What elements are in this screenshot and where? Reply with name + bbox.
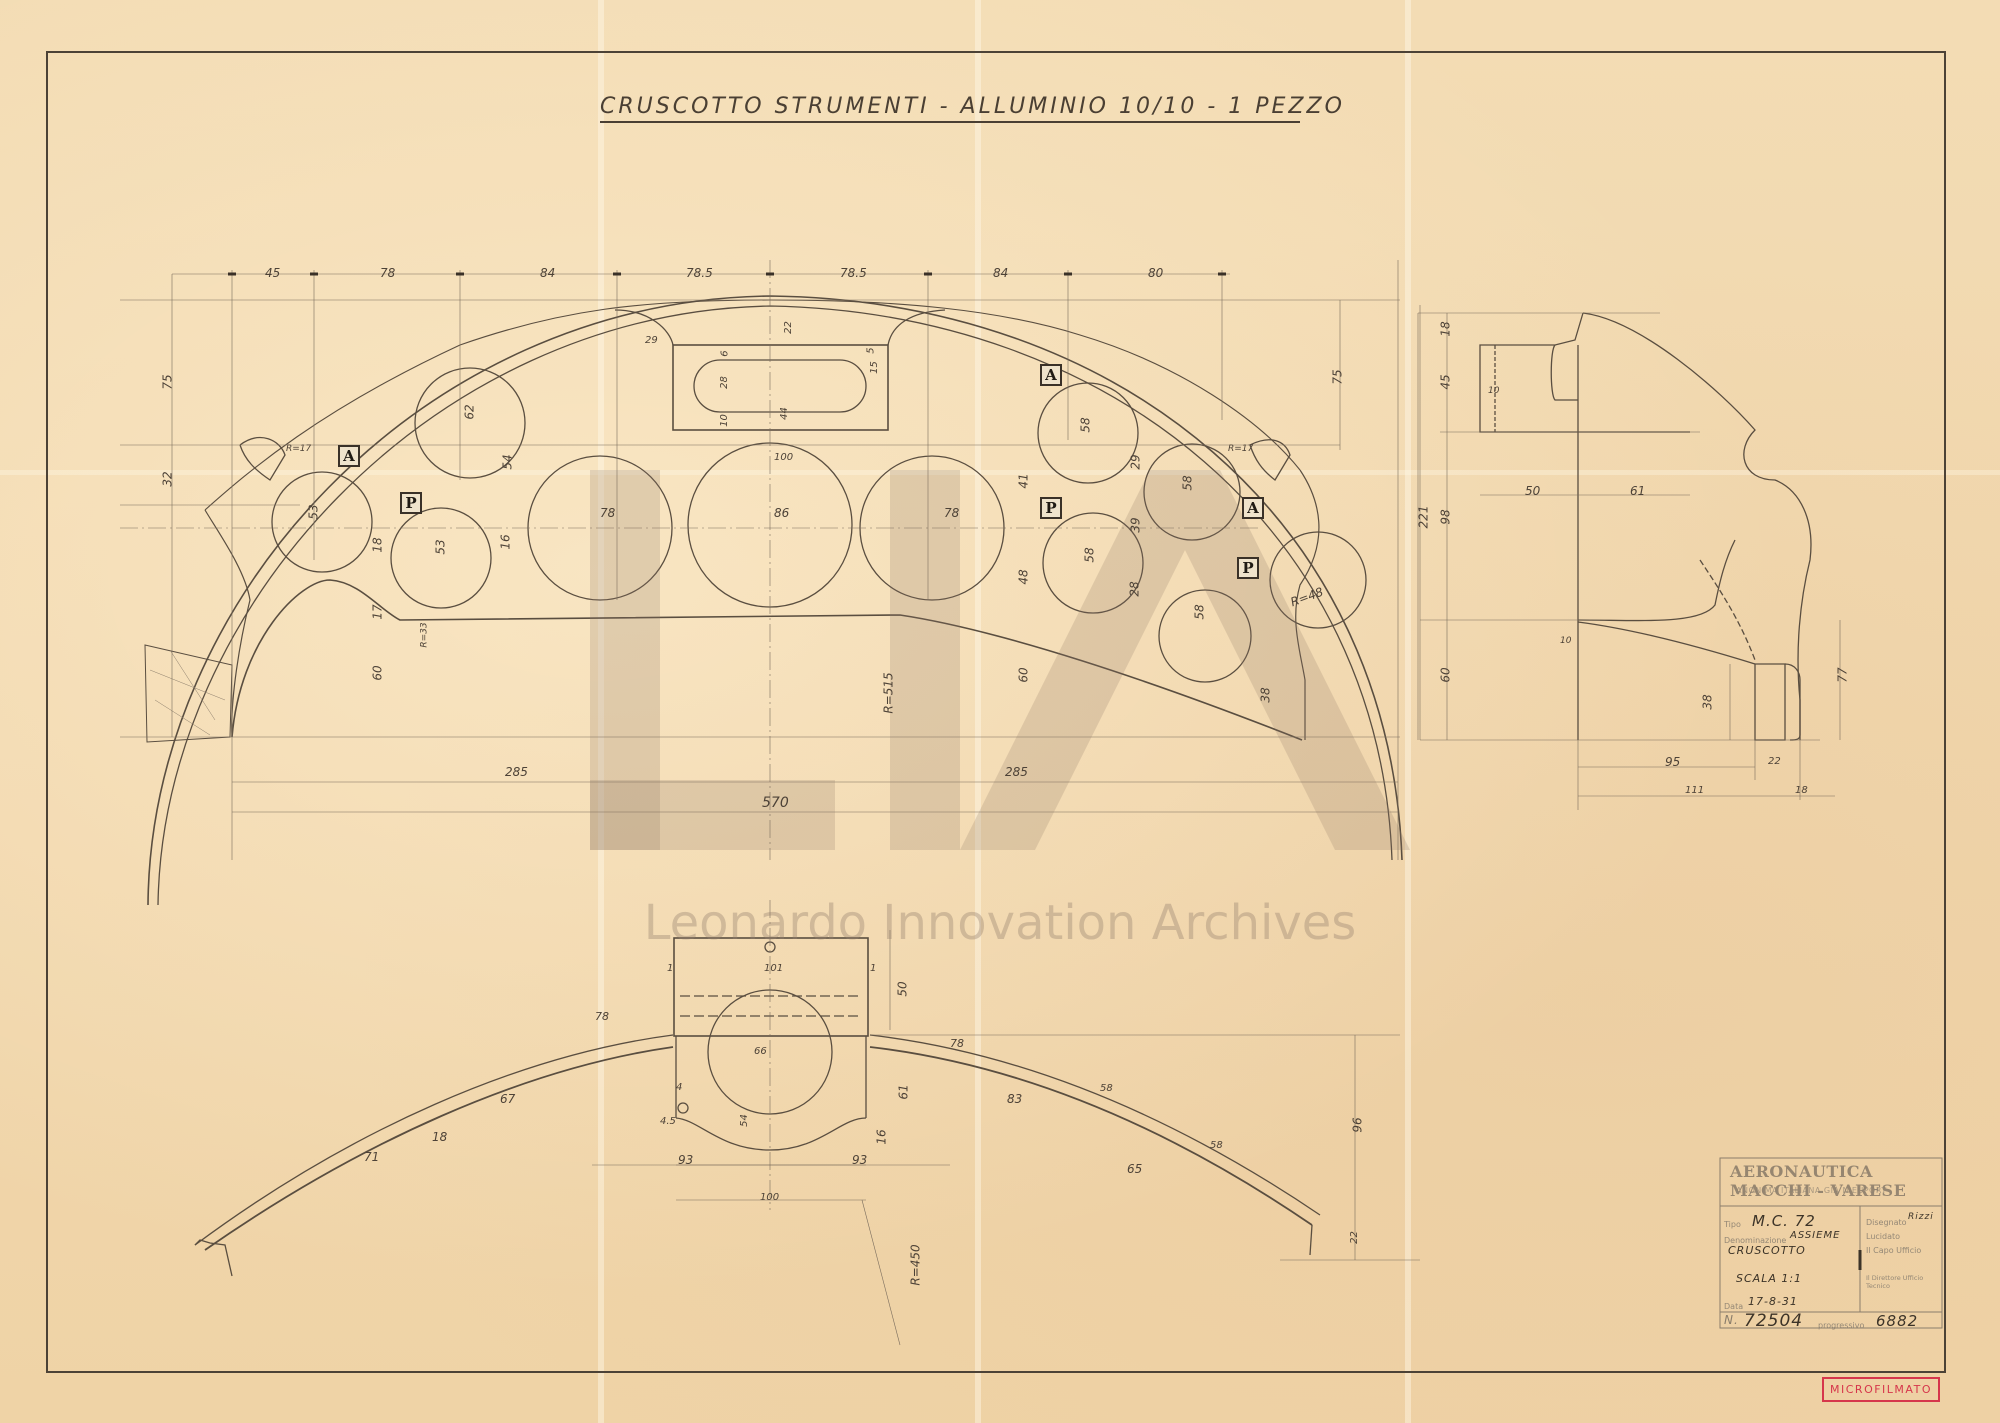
dim-label: 32 — [161, 471, 175, 486]
dim-label: 18 — [1795, 785, 1808, 796]
direttore-label: Il Direttore Ufficio Tecnico — [1866, 1274, 1946, 1290]
dim-label: 78 — [595, 1010, 609, 1023]
dim-label: 67 — [500, 1092, 515, 1106]
dim-label: 41 — [1017, 473, 1031, 488]
microfilm-stamp: MICROFILMATO — [1822, 1377, 1940, 1402]
diameter-label: 58 — [1083, 547, 1097, 562]
progressivo-value: 6882 — [1876, 1312, 1918, 1330]
diameter-label: 58 — [1193, 604, 1207, 619]
watermark-text: Leonardo Innovation Archives — [590, 895, 1410, 951]
dim-label: 16 — [499, 534, 513, 549]
dim-label: 22 — [1768, 756, 1781, 767]
dim-label: 10 — [1560, 636, 1571, 646]
dim-label: 16 — [875, 1129, 889, 1144]
instrument-mark-p: P — [1237, 557, 1259, 579]
capo-ufficio-label: Il Capo Ufficio — [1866, 1246, 1921, 1255]
radius-label: R=17 — [1228, 444, 1253, 454]
dim-label: 10 — [1488, 386, 1499, 396]
diameter-label: 53 — [307, 504, 321, 519]
dim-label: 75 — [1331, 369, 1345, 384]
instrument-mark-a: A — [1040, 364, 1062, 386]
dim-label: 570 — [762, 795, 789, 811]
diameter-label: 78 — [600, 506, 615, 520]
dim-label: 44 — [779, 407, 790, 420]
diameter-label: 62 — [463, 404, 477, 419]
dim-label: 38 — [1259, 687, 1273, 702]
dim-label: 39 — [1129, 517, 1143, 532]
radius-label: R=450 — [909, 1244, 923, 1285]
instrument-mark-p: P — [400, 492, 422, 514]
dim-label: 50 — [896, 981, 910, 996]
dim-label: 1 — [870, 963, 876, 974]
disegnato-label: Disegnato — [1866, 1218, 1907, 1227]
dim-label: 18 — [432, 1130, 447, 1144]
dim-label: 22 — [783, 321, 794, 334]
dim-label: 100 — [760, 1192, 779, 1203]
dim-label: 78.5 — [840, 266, 867, 280]
dim-label: 101 — [764, 963, 783, 974]
dim-label: 28 — [719, 376, 730, 389]
dim-label: 29 — [645, 335, 658, 346]
radius-label: R=17 — [286, 444, 311, 454]
diameter-label: 58 — [1079, 417, 1093, 432]
progressivo-label: progressivo — [1818, 1321, 1864, 1330]
dim-label: 71 — [364, 1150, 379, 1164]
dim-label: 54 — [501, 454, 515, 469]
diameter-label: 78 — [944, 506, 959, 520]
dim-label: 45 — [265, 266, 280, 280]
dim-label: 80 — [1148, 266, 1163, 280]
dim-label: 66 — [754, 1046, 767, 1057]
instrument-mark-p: P — [1040, 497, 1062, 519]
dim-label: 111 — [1685, 785, 1704, 796]
dim-label: 98 — [1439, 509, 1453, 524]
dim-label: 4 — [676, 1082, 682, 1093]
dim-label: 84 — [993, 266, 1008, 280]
dim-label: 60 — [1017, 667, 1031, 682]
tipo-value: M.C. 72 — [1752, 1212, 1816, 1230]
dim-label: 22 — [1349, 1231, 1360, 1244]
dim-label: 5 — [866, 347, 877, 353]
denominazione-value: ASSIEME — [1790, 1230, 1840, 1241]
drawing-number: 72504 — [1744, 1311, 1803, 1331]
company-subtitle: ANONIMA ITALIANA GIÀ NIEUPORT — [1736, 1186, 1887, 1195]
dim-label: 221 — [1416, 506, 1430, 529]
instrument-mark-a: A — [338, 445, 360, 467]
dim-label: 45 — [1439, 374, 1453, 389]
radius-label: R=33 — [420, 622, 430, 647]
data-label: Data — [1724, 1302, 1743, 1311]
dim-label: 285 — [505, 765, 528, 779]
dim-label: 93 — [678, 1153, 693, 1167]
date-value: 17-8-31 — [1748, 1295, 1798, 1308]
dim-label: 60 — [371, 665, 385, 680]
diameter-label: 86 — [774, 506, 789, 520]
dim-label: 15 — [869, 361, 880, 374]
dim-label: 100 — [774, 452, 793, 463]
dim-label: 18 — [371, 537, 385, 552]
tipo-label: Tipo — [1724, 1220, 1741, 1229]
dim-label: 78 — [950, 1037, 964, 1050]
dim-label: 18 — [1439, 321, 1453, 336]
dim-label: 54 — [739, 1114, 750, 1127]
number-prefix: N. — [1724, 1313, 1739, 1327]
dim-label: 84 — [540, 266, 555, 280]
dim-label: 61 — [1630, 484, 1645, 498]
dim-label: 4.5 — [660, 1116, 676, 1127]
dim-label: 60 — [1439, 667, 1453, 682]
dim-label: 77 — [1836, 667, 1850, 682]
instrument-mark-a: A — [1242, 497, 1264, 519]
dim-label: 29 — [1129, 454, 1143, 469]
dim-label: 1 — [667, 963, 673, 974]
dim-label: 10 — [719, 414, 730, 427]
dim-label: 65 — [1127, 1162, 1142, 1176]
dim-label: 48 — [1017, 569, 1031, 584]
dim-label: 58 — [1210, 1140, 1223, 1151]
dim-label: 58 — [1100, 1083, 1113, 1094]
dim-label: 78 — [380, 266, 395, 280]
radius-label: R=515 — [882, 672, 896, 713]
dim-label: 285 — [1005, 765, 1028, 779]
diameter-label: 58 — [1181, 475, 1195, 490]
disegnato-value: Rizzi — [1908, 1212, 1934, 1222]
dim-label: 83 — [1007, 1092, 1022, 1106]
scale-value: SCALA 1:1 — [1736, 1272, 1802, 1285]
lia-watermark-logo — [590, 470, 1410, 860]
part-name: CRUSCOTTO — [1728, 1244, 1806, 1257]
dim-label: 75 — [161, 374, 175, 389]
dim-label: 93 — [852, 1153, 867, 1167]
dim-label: 78.5 — [686, 266, 713, 280]
dim-label: 28 — [1128, 581, 1142, 596]
diameter-label: 53 — [434, 539, 448, 554]
dim-label: 95 — [1665, 755, 1680, 769]
dim-label: 61 — [897, 1084, 911, 1099]
lucidato-label: Lucidato — [1866, 1232, 1900, 1241]
dim-label: 17 — [371, 604, 385, 619]
dim-label: 96 — [1351, 1117, 1365, 1132]
dim-label: 38 — [1701, 694, 1715, 709]
dim-label: 50 — [1525, 484, 1540, 498]
title-block: AERONAUTICA MACCHI - VARESE ANONIMA ITAL… — [1718, 1150, 1946, 1335]
dim-label: 6 — [720, 350, 731, 356]
